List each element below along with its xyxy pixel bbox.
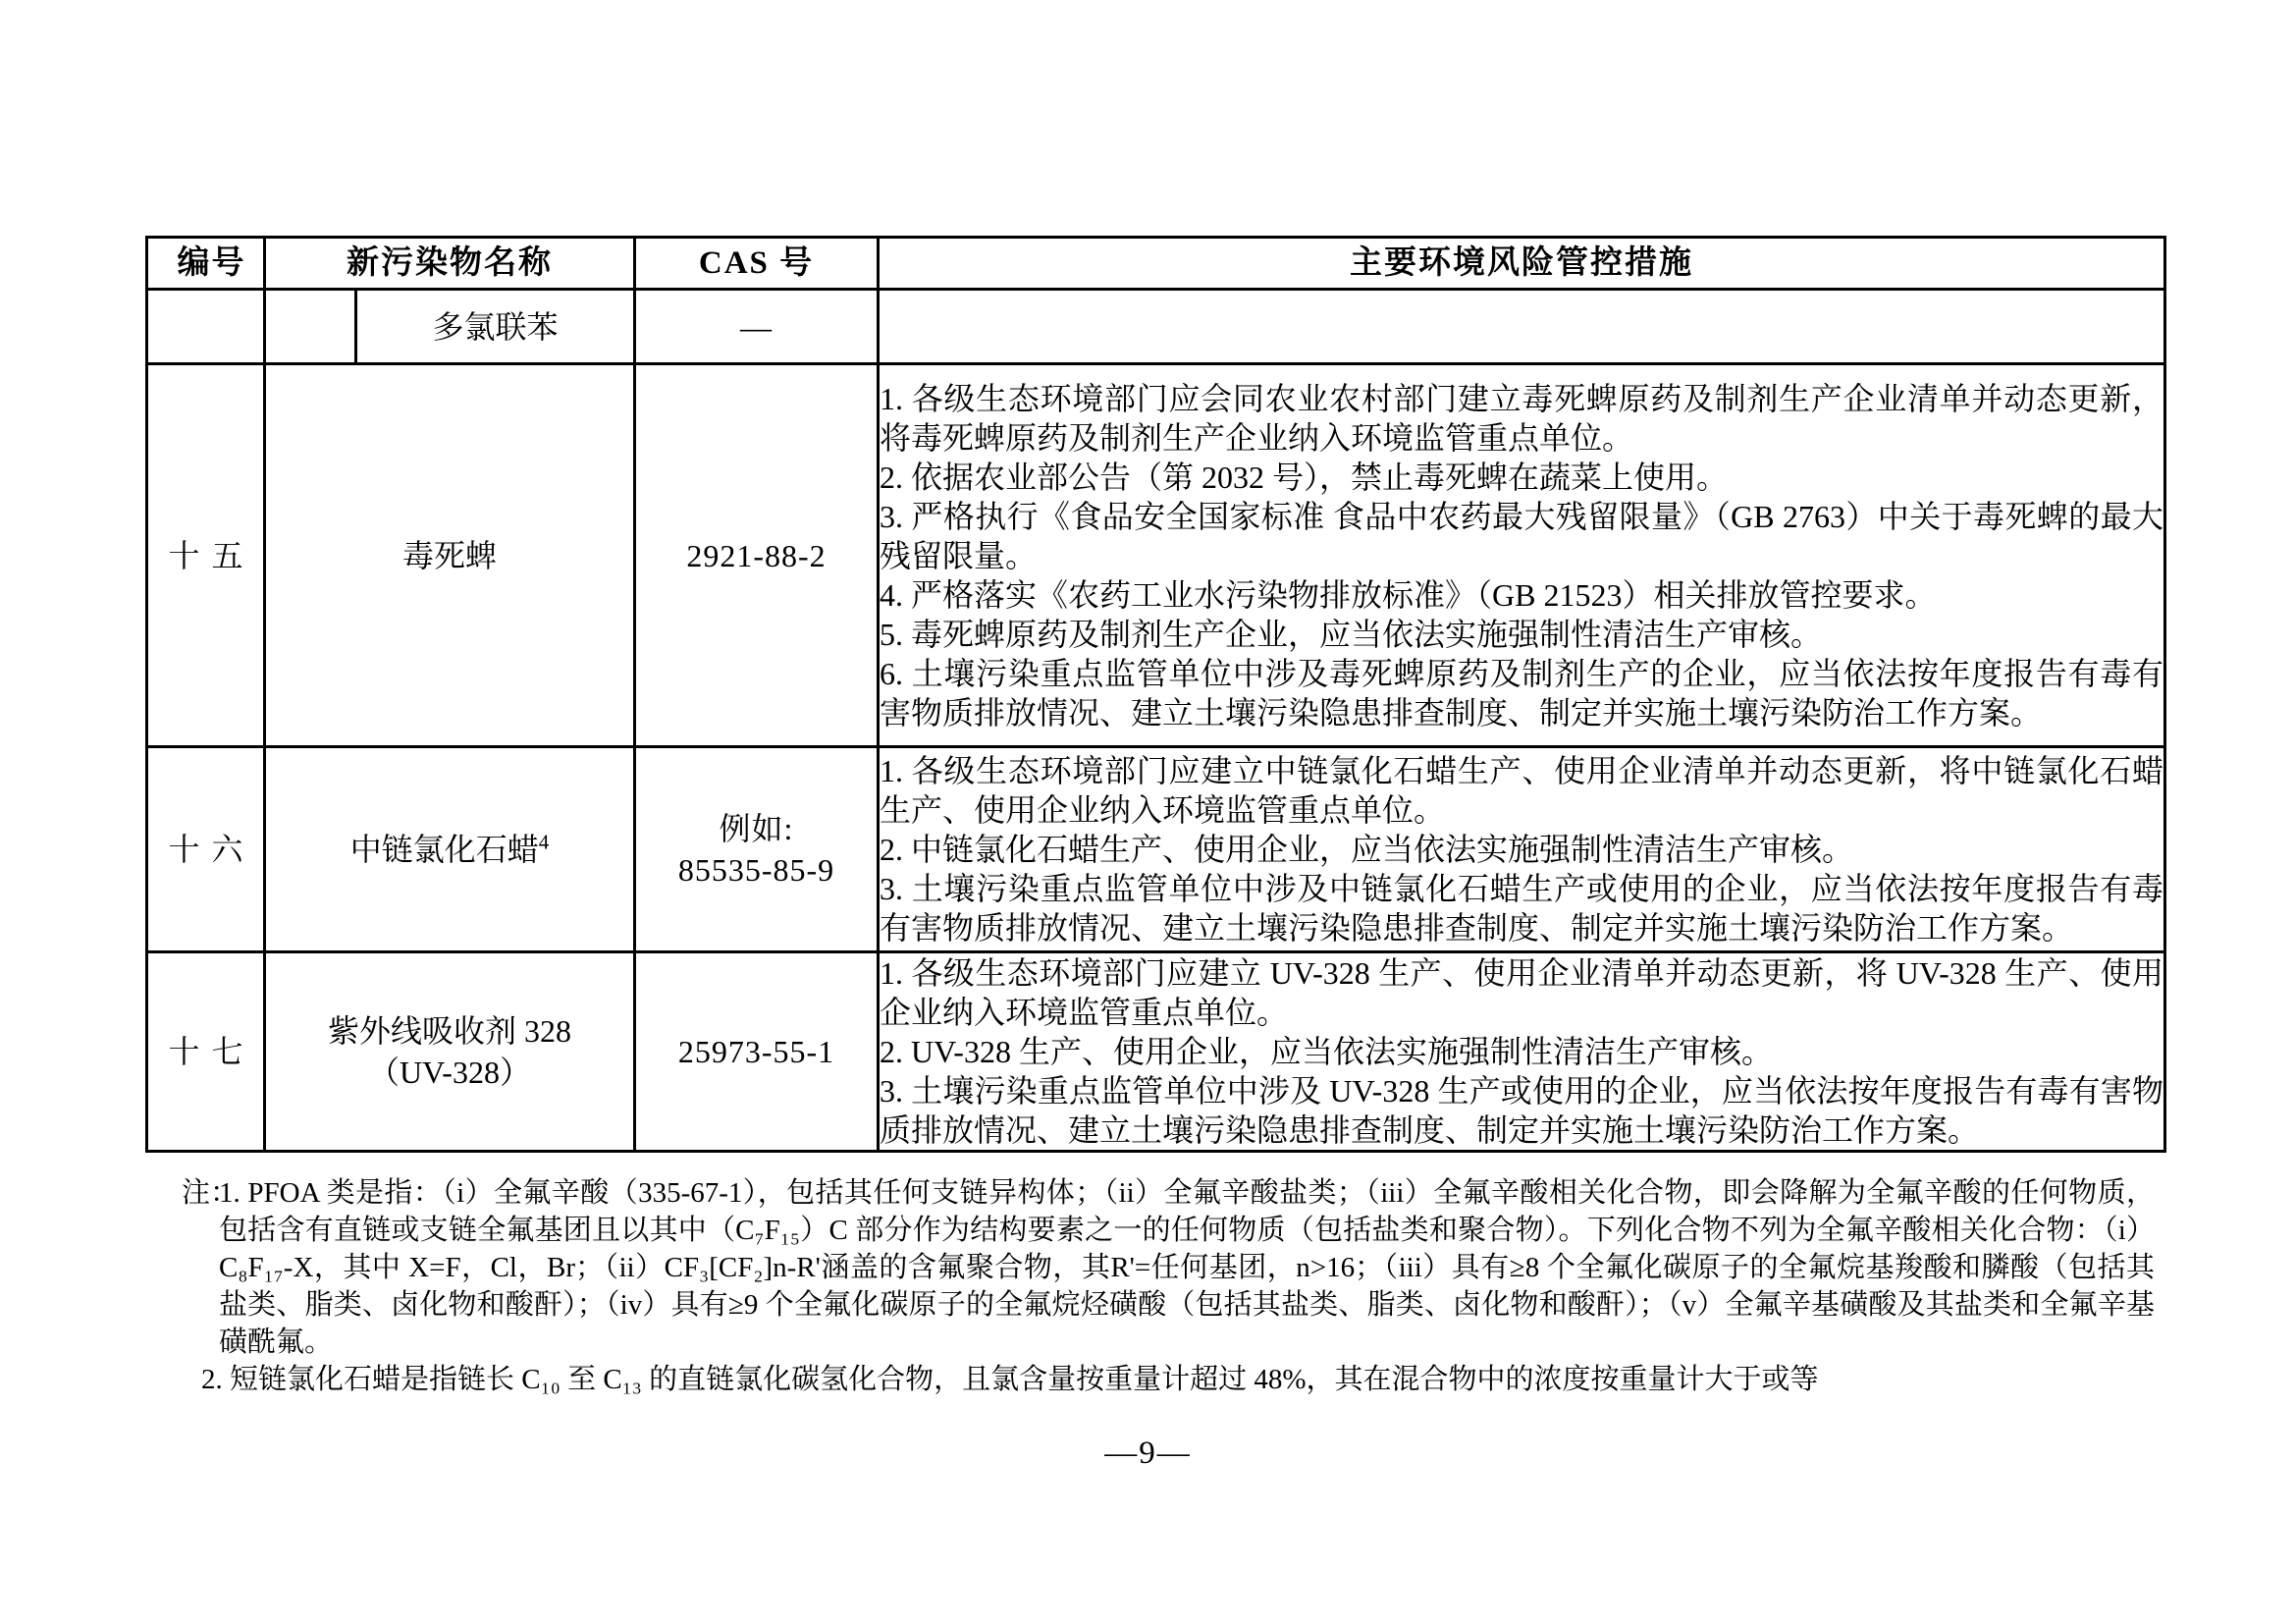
measures-cell: 1. 各级生态环境部门应会同农业农村部门建立毒死蜱原药及制剂生产企业清单并动态更… bbox=[879, 364, 2165, 747]
measures-cell: 1. 各级生态环境部门应建立 UV-328 生产、使用企业清单并动态更新，将 U… bbox=[879, 952, 2165, 1152]
measure-item: 1. 各级生态环境部门应会同农业农村部门建立毒死蜱原药及制剂生产企业清单并动态更… bbox=[880, 379, 2163, 458]
header-measures: 主要环境风险管控措施 bbox=[879, 238, 2165, 290]
carryover-pollutant-name: 多氯联苯 bbox=[356, 290, 635, 364]
footnotes-section: 注： 1. PFOA 类是指：（i）全氟辛酸（335-67-1），包括其任何支链… bbox=[219, 1174, 2155, 1398]
cas-number: 例如: 85535-85-9 bbox=[635, 747, 879, 952]
cas-number: 2921-88-2 bbox=[635, 364, 879, 747]
table-row: 十五 毒死蜱 2921-88-2 1. 各级生态环境部门应会同农业农村部门建立毒… bbox=[147, 364, 2165, 747]
footnote-item: 2. 短链氯化石蜡是指链长 C₁₀ 至 C₁₃ 的直链氯化碳氢化合物，且氯含量按… bbox=[201, 1361, 2155, 1398]
footnote-item: 1. PFOA 类是指：（i）全氟辛酸（335-67-1），包括其任何支链异构体… bbox=[219, 1174, 2155, 1361]
pollutant-name: 毒死蜱 bbox=[265, 364, 635, 747]
measure-item: 6. 土壤污染重点监管单位中涉及毒死蜱原药及制剂生产的企业，应当依法按年度报告有… bbox=[880, 654, 2163, 732]
row-id: 十五 bbox=[147, 364, 265, 747]
header-pollutant-name: 新污染物名称 bbox=[265, 238, 635, 290]
measure-item: 4. 严格落实《农药工业水污染物排放标准》（GB 21523）相关排放管控要求。 bbox=[880, 575, 2163, 615]
header-cas-number: CAS 号 bbox=[635, 238, 879, 290]
measure-item: 1. 各级生态环境部门应建立中链氯化石蜡生产、使用企业清单并动态更新，将中链氯化… bbox=[880, 751, 2163, 830]
measures-cell: 1. 各级生态环境部门应建立中链氯化石蜡生产、使用企业清单并动态更新，将中链氯化… bbox=[879, 747, 2165, 952]
footnotes-label: 注： bbox=[182, 1174, 239, 1212]
carryover-cas: — bbox=[635, 290, 879, 364]
measure-item: 5. 毒死蜱原药及制剂生产企业，应当依法实施强制性清洁生产审核。 bbox=[880, 615, 2163, 654]
table-row: 十六 中链氯化石蜡4 例如: 85535-85-9 1. 各级生态环境部门应建立… bbox=[147, 747, 2165, 952]
document-page: 编号 新污染物名称 CAS 号 主要环境风险管控措施 多氯联苯 — 十五 毒死蜱… bbox=[0, 0, 2296, 1624]
carryover-measures-empty bbox=[879, 290, 2165, 364]
pollutant-name-line: 紫外线吸收剂 328 bbox=[266, 1010, 633, 1052]
carryover-id-cell bbox=[147, 290, 265, 364]
measure-item: 2. UV-328 生产、使用企业，应当依法实施强制性清洁生产审核。 bbox=[880, 1032, 2163, 1071]
header-id: 编号 bbox=[147, 238, 265, 290]
measure-item: 3. 严格执行《食品安全国家标准 食品中农药最大残留限量》（GB 2763）中关… bbox=[880, 497, 2163, 575]
measure-item: 2. 依据农业部公告（第 2032 号），禁止毒死蜱在蔬菜上使用。 bbox=[880, 458, 2163, 497]
table-row-carryover: 多氯联苯 — bbox=[147, 290, 2165, 364]
cas-number: 25973-55-1 bbox=[635, 952, 879, 1152]
measure-item: 3. 土壤污染重点监管单位中涉及 UV-328 生产或使用的企业，应当依法按年度… bbox=[880, 1071, 2163, 1150]
measure-item: 1. 各级生态环境部门应建立 UV-328 生产、使用企业清单并动态更新，将 U… bbox=[880, 953, 2163, 1032]
row-id: 十七 bbox=[147, 952, 265, 1152]
pollutant-name-line: （UV-328） bbox=[266, 1052, 633, 1093]
footnote-ref: 4 bbox=[539, 830, 550, 853]
pollutant-name: 紫外线吸收剂 328 （UV-328） bbox=[265, 952, 635, 1152]
page-number: —9— bbox=[0, 1435, 2296, 1472]
row-id: 十六 bbox=[147, 747, 265, 952]
cas-prefix: 例如: bbox=[636, 808, 877, 849]
table-row: 十七 紫外线吸收剂 328 （UV-328） 25973-55-1 1. 各级生… bbox=[147, 952, 2165, 1152]
cas-value: 85535-85-9 bbox=[636, 849, 877, 891]
pollutant-name-text: 中链氯化石蜡 bbox=[350, 832, 539, 867]
measure-item: 3. 土壤污染重点监管单位中涉及中链氯化石蜡生产或使用的企业，应当依法按年度报告… bbox=[880, 869, 2163, 947]
measure-item: 2. 中链氯化石蜡生产、使用企业，应当依法实施强制性清洁生产审核。 bbox=[880, 830, 2163, 869]
carryover-subcell-empty bbox=[265, 290, 356, 364]
pollutants-table: 编号 新污染物名称 CAS 号 主要环境风险管控措施 多氯联苯 — 十五 毒死蜱… bbox=[145, 236, 2166, 1153]
pollutant-name: 中链氯化石蜡4 bbox=[265, 747, 635, 952]
table-header-row: 编号 新污染物名称 CAS 号 主要环境风险管控措施 bbox=[147, 238, 2165, 290]
